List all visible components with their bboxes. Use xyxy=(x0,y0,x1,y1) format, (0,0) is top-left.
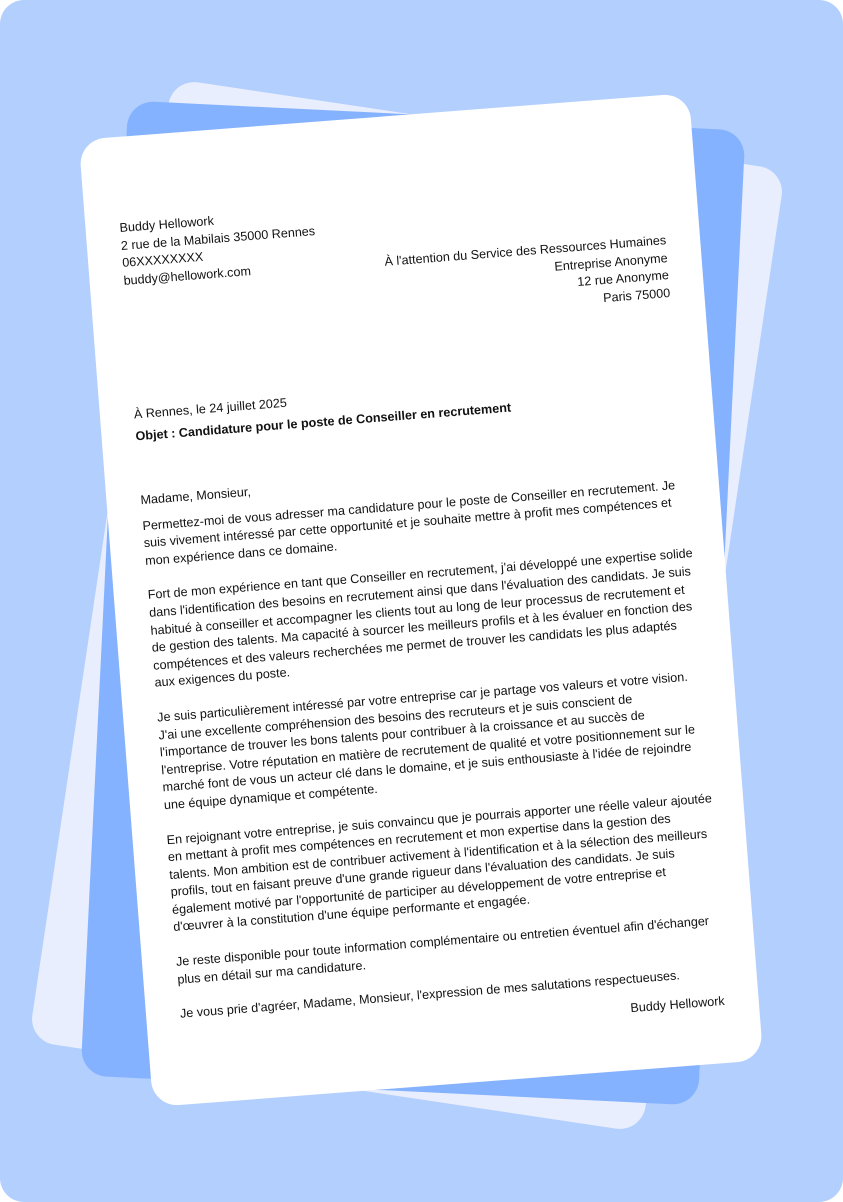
cover-letter: Buddy Hellowork 2 rue de la Mabilais 350… xyxy=(113,96,730,1105)
recipient-block: À l'attention du Service des Ressources … xyxy=(384,232,671,324)
paragraph-value: En rejoignant votre entreprise, je suis … xyxy=(166,790,716,937)
paragraph-motivation: Je suis particulièrement intéressé par v… xyxy=(157,668,707,815)
background-frame: Buddy Hellowork 2 rue de la Mabilais 350… xyxy=(0,0,843,1202)
sender-block: Buddy Hellowork 2 rue de la Mabilais 350… xyxy=(119,205,318,290)
cover-letter-card: Buddy Hellowork 2 rue de la Mabilais 350… xyxy=(79,93,764,1107)
paragraph-experience: Fort de mon expérience en tant que Conse… xyxy=(147,546,697,693)
letter-body: Madame, Monsieur, Permettez-moi de vous … xyxy=(140,451,725,1041)
